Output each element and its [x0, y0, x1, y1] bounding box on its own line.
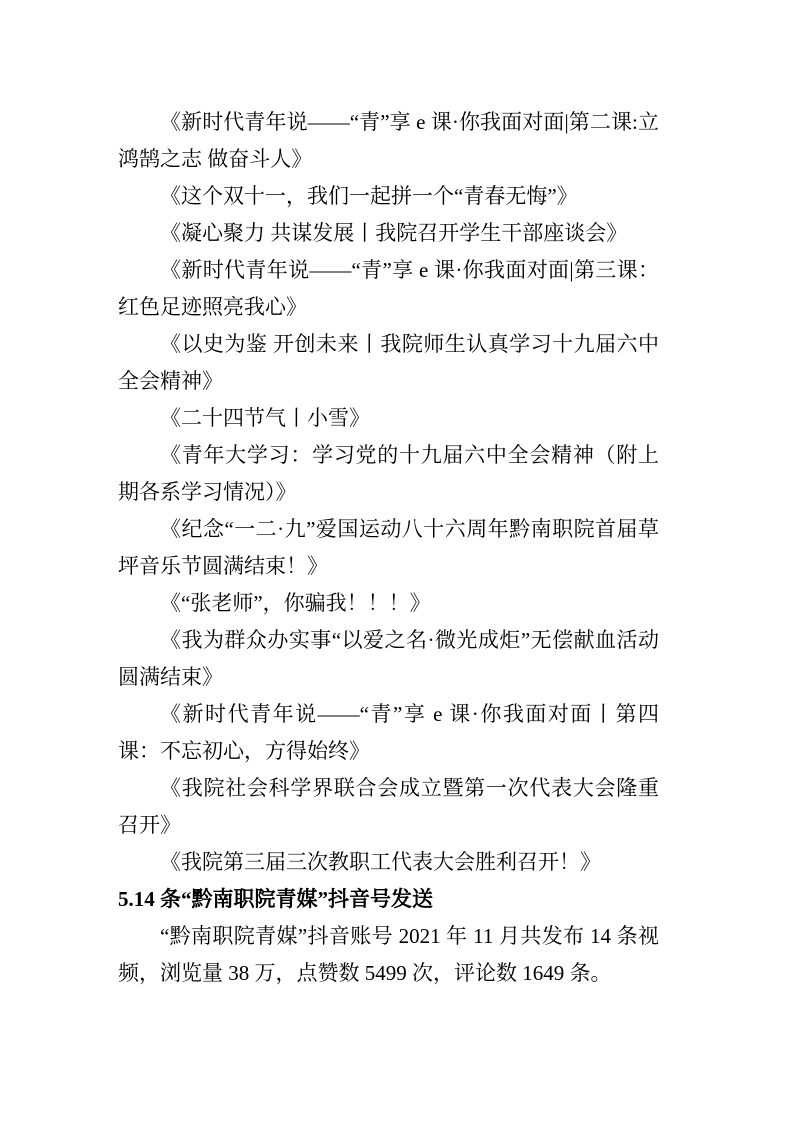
- article-title-item: 《这个双十一，我们一起拼一个“青春无悔”》: [118, 178, 659, 215]
- article-title-item: 《新时代青年说——“青”享 e 课·你我面对面丨第四课：不忘初心，方得始终》: [118, 696, 659, 770]
- article-title-item: 《新时代青年说——“青”享 e 课·你我面对面|第二课:立鸿鹄之志 做奋斗人》: [118, 104, 659, 178]
- article-title-item: 《新时代青年说——“青”享 e 课·你我面对面|第三课：红色足迹照亮我心》: [118, 252, 659, 326]
- article-title-item: 《我院第三届三次教职工代表大会胜利召开！》: [118, 844, 659, 881]
- article-title-item: 《“张老师”，你骗我！！！》: [118, 585, 659, 622]
- section-heading: 5.14 条“黔南职院青媒”抖音号发送: [118, 881, 659, 918]
- article-title-item: 《二十四节气丨小雪》: [118, 400, 659, 437]
- article-title-item: 《我院社会科学界联合会成立暨第一次代表大会隆重召开》: [118, 770, 659, 844]
- article-title-item: 《青年大学习：学习党的十九届六中全会精神（附上期各系学习情况）》: [118, 437, 659, 511]
- document-page: 《新时代青年说——“青”享 e 课·你我面对面|第二课:立鸿鹄之志 做奋斗人》《…: [0, 0, 793, 1122]
- article-title-item: 《纪念“一二·九”爱国运动八十六周年黔南职院首届草坪音乐节圆满结束！》: [118, 511, 659, 585]
- body-paragraph: “黔南职院青媒”抖音账号 2021 年 11 月共发布 14 条视频，浏览量 3…: [118, 918, 659, 992]
- document-content: 《新时代青年说——“青”享 e 课·你我面对面|第二课:立鸿鹄之志 做奋斗人》《…: [118, 104, 659, 992]
- article-title-item: 《凝心聚力 共谋发展丨我院召开学生干部座谈会》: [118, 215, 659, 252]
- article-title-item: 《以史为鉴 开创未来丨我院师生认真学习十九届六中全会精神》: [118, 326, 659, 400]
- article-title-item: 《我为群众办实事“以爱之名·微光成炬”无偿献血活动圆满结束》: [118, 622, 659, 696]
